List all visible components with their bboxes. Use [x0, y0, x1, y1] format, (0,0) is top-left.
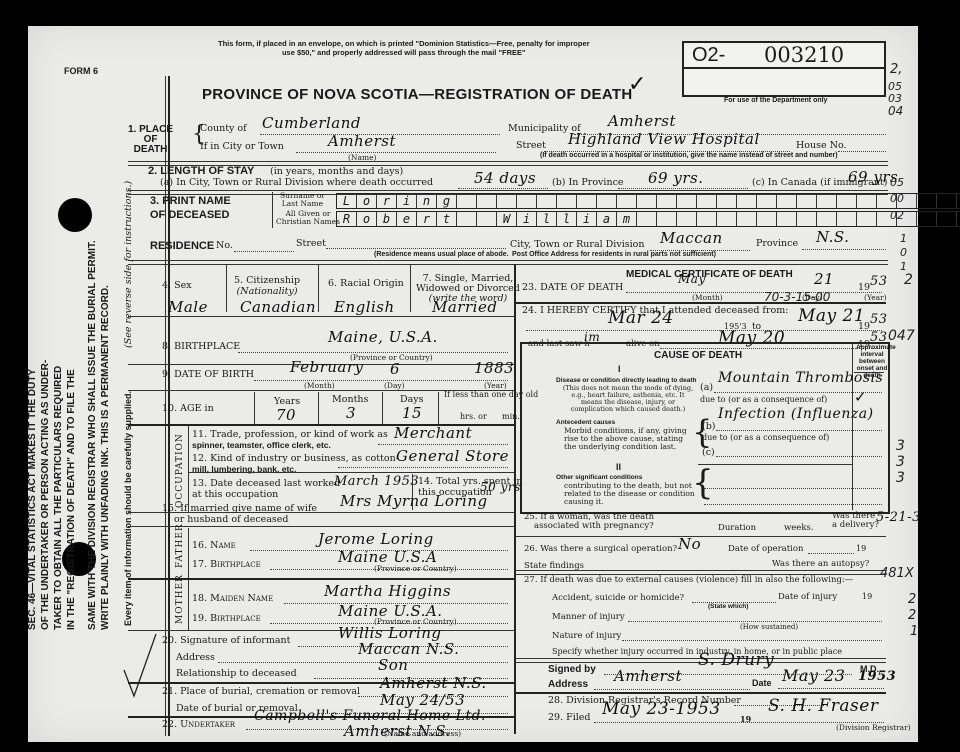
county-label: County of: [200, 123, 247, 134]
name-char-box[interactable]: [457, 212, 477, 226]
name-char-box[interactable]: [537, 194, 557, 208]
name-char-box[interactable]: g: [437, 194, 457, 208]
residence-city-value[interactable]: Maccan: [660, 229, 723, 247]
name-char-box[interactable]: t: [437, 212, 457, 226]
label-line: 13. Date deceased last worked: [192, 478, 340, 489]
operation-year-prefix: 19: [856, 544, 866, 553]
side-notice-line: (See reverse side for instructions.): [122, 148, 135, 348]
name-char-box[interactable]: [837, 194, 857, 208]
dob-line: [254, 380, 508, 381]
industry-line: [338, 467, 508, 468]
margin-code: 2,: [890, 62, 902, 77]
signed-by-value[interactable]: S. Drury: [698, 650, 774, 670]
delivery-value[interactable]: 5-21-3: [876, 510, 921, 525]
label-line: 11. Trade, profession, or kind of work a…: [192, 429, 388, 440]
stay-province-line: [618, 188, 748, 189]
name-char-box[interactable]: [677, 194, 697, 208]
stay-city-line: [458, 188, 548, 189]
cause-c-label: (c): [702, 447, 715, 458]
name-char-box[interactable]: [777, 212, 797, 226]
name-char-box[interactable]: [637, 194, 657, 208]
autopsy-label: Was there an autopsy?: [772, 559, 869, 569]
external-label: 27. If death was due to external causes …: [524, 575, 853, 585]
length-of-stay-label: 2. LENGTH OF STAY: [148, 165, 254, 177]
dod-year-prefix: 19: [858, 282, 870, 293]
stay-city-value[interactable]: 54 days: [474, 169, 536, 187]
operation-label: 26. Was there a surgical operation?: [524, 544, 677, 554]
name-char-box[interactable]: [797, 194, 817, 208]
name-char-box[interactable]: r: [417, 212, 437, 226]
name-char-box[interactable]: l: [557, 212, 577, 226]
mother-name-value[interactable]: Martha Higgins: [324, 582, 451, 600]
margin-code: 481X: [880, 566, 914, 581]
cause-a-value[interactable]: Mountain Thrombosis: [718, 370, 883, 386]
cause-b-label: (b): [702, 421, 716, 432]
last-worked-value[interactable]: March 1953: [334, 474, 419, 489]
delivery-label: Was there a delivery?: [832, 512, 879, 530]
margin-code: 70-3-15-00: [764, 290, 830, 304]
name-char-box[interactable]: L: [337, 194, 357, 208]
name-char-box[interactable]: [757, 194, 777, 208]
divider: [188, 472, 514, 473]
cause-a-label: (a): [700, 382, 713, 393]
name-char-box[interactable]: [917, 212, 937, 226]
dod-day[interactable]: 21: [814, 270, 834, 288]
label-line: 12. Kind of industry or business, as cot…: [192, 453, 399, 464]
side-notice-line: WRITE PLAINLY WITH UNFADING INK. THIS IS…: [99, 150, 112, 630]
other-conditions-label: Other significant conditions: [556, 474, 642, 481]
side-notice-line: SEC. 46—VITAL STATISTICS ACT MAKES IT TH…: [26, 210, 39, 630]
dod-month[interactable]: May: [678, 272, 706, 286]
margin-code: 05: [890, 176, 904, 189]
divider: [438, 392, 439, 424]
undertaker-address[interactable]: Amherst N.S.: [344, 722, 451, 740]
mailing-notice: This form, if placed in an envelope, on …: [218, 39, 590, 57]
day-caption: (Day): [384, 381, 405, 390]
nature-label: Nature of injury: [552, 631, 621, 641]
residence-label: RESIDENCE: [150, 240, 214, 252]
name-char-box[interactable]: i: [577, 212, 597, 226]
name-char-box[interactable]: [817, 194, 837, 208]
label-line: 15. If married give name of wife: [162, 503, 317, 514]
divider: [188, 528, 189, 578]
nature-line: [622, 640, 882, 641]
margin-code: 3: [896, 454, 905, 470]
brace: {: [692, 466, 714, 500]
cause-b-line: [716, 430, 882, 431]
immediate-label: Disease or condition directly leading to…: [556, 377, 697, 384]
name-char-box[interactable]: i: [517, 212, 537, 226]
name-char-box[interactable]: [597, 194, 617, 208]
residence-street-label: Street: [296, 238, 326, 249]
residence-city-label: City, Town or Rural Division: [510, 239, 644, 250]
spouse-value[interactable]: Mrs Myrna Loring: [340, 492, 488, 510]
registrar-caption: (Division Registrar): [836, 723, 911, 732]
other-line: [704, 504, 882, 505]
margin-code: 04: [888, 104, 903, 118]
divider: [188, 426, 189, 512]
dob-month[interactable]: February: [290, 358, 364, 376]
signed-date-line: [778, 688, 884, 689]
divider: [188, 580, 189, 630]
age-months[interactable]: 3: [346, 404, 356, 422]
given-boxes[interactable]: RobertWilliam: [336, 211, 960, 227]
side-notice-4: (See reverse side for instructions.): [122, 148, 135, 348]
name-char-box[interactable]: R: [337, 212, 357, 226]
name-char-box[interactable]: W: [497, 212, 517, 226]
name-char-box[interactable]: [797, 212, 817, 226]
divider: [514, 692, 886, 694]
margin-code: 00: [890, 192, 904, 205]
mailing-notice-line: use $50," and properly addressed will pa…: [218, 48, 590, 57]
mother-birthplace-label: 19. Birthplace: [192, 613, 261, 624]
mother-section-label: MOTHER: [174, 574, 187, 624]
divider: [226, 264, 227, 312]
sex-value[interactable]: Male: [168, 298, 208, 316]
burial-date-value[interactable]: May 24/53: [380, 691, 465, 709]
label-line: Last Name: [280, 200, 325, 208]
signed-date-label: Date: [752, 678, 772, 688]
signed-date-year[interactable]: 1953: [858, 669, 896, 684]
city-line: [296, 152, 496, 153]
death-registration-form: SEC. 46—VITAL STATISTICS ACT MAKES IT TH…: [28, 26, 918, 742]
dod-label: 23. DATE OF DEATH: [522, 282, 623, 293]
racial-origin-label: 6. Racial Origin: [328, 278, 404, 289]
name-char-box[interactable]: o: [357, 194, 377, 208]
manner-line: [628, 621, 882, 622]
label-line: 3. PRINT NAME: [150, 194, 231, 208]
name-char-box[interactable]: [937, 194, 957, 208]
name-char-box[interactable]: b: [377, 212, 397, 226]
name-char-box[interactable]: [757, 212, 777, 226]
municipality-value[interactable]: Amherst: [608, 112, 676, 130]
name-char-box[interactable]: [457, 194, 477, 208]
father-section-label: FATHER: [174, 523, 187, 568]
label-line: (Nationality): [234, 286, 300, 297]
margin-code: 1: [900, 232, 907, 245]
dob-label: 9. DATE OF BIRTH: [162, 369, 254, 380]
other-line: [704, 488, 882, 489]
residence-province-value[interactable]: N.S.: [816, 228, 849, 246]
father-name-value[interactable]: Jerome Loring: [318, 530, 434, 548]
margin-code: 3: [896, 438, 905, 454]
industry-value[interactable]: General Store: [396, 447, 509, 465]
check-mark: ✓: [854, 388, 867, 406]
side-notice: SEC. 46—VITAL STATISTICS ACT MAKES IT TH…: [26, 210, 78, 630]
filed-suffix: 19: [740, 714, 751, 724]
divider: [382, 392, 383, 424]
side-notice-line: SAME WITH THE DIVISION REGISTRAR WHO SHA…: [86, 150, 99, 630]
to-year-prefix: 19: [858, 321, 870, 332]
signed-address-line: [594, 689, 750, 690]
label-line: spinner, teamster, office clerk, etc.: [192, 440, 388, 451]
residence-post-note: Post Office Address for residents in rur…: [512, 251, 716, 258]
informant-address-value[interactable]: Maccan N.S.: [358, 640, 459, 658]
department-number-box: O2- 003210: [682, 41, 886, 97]
section-ii: II: [616, 462, 621, 472]
informant-address-line: [218, 662, 508, 663]
name-char-box[interactable]: [777, 194, 797, 208]
filed-value[interactable]: May 23-1953: [602, 699, 721, 719]
residence-province-label: Province: [756, 238, 798, 249]
operation-date-line: [808, 553, 854, 554]
marital-value[interactable]: Married: [432, 298, 497, 316]
label-line: 5. Citizenship: [234, 275, 300, 286]
relationship-value[interactable]: Son: [378, 656, 408, 674]
cause-title: CAUSE OF DEATH: [654, 350, 742, 361]
name-char-box[interactable]: [937, 212, 957, 226]
deceased-name-label: 3. PRINT NAME OF DECEASED: [150, 194, 231, 222]
registrar-signature[interactable]: S. H. Fraser: [768, 696, 878, 716]
trade-label: 11. Trade, profession, or kind of work a…: [192, 429, 388, 451]
divider: [128, 316, 514, 317]
to-year[interactable]: 53: [870, 312, 888, 327]
name-char-box[interactable]: [737, 212, 757, 226]
surname-boxes[interactable]: Loring: [336, 193, 960, 209]
hrs-label: hrs. or: [460, 412, 487, 421]
date-injury-label: Date of injury: [778, 592, 837, 602]
street-label: Street: [516, 140, 546, 151]
name-char-box[interactable]: r: [377, 194, 397, 208]
specify-label: Specify whether injury occurred in indus…: [552, 647, 842, 656]
relationship-label: Relationship to deceased: [176, 668, 297, 679]
street-value[interactable]: Highland View Hospital: [568, 130, 760, 148]
side-notice-line: TAKER TO OBTAIN ALL THE PARTICULARS REQU…: [52, 210, 65, 630]
name-char-box[interactable]: [917, 194, 937, 208]
last-worked-label: 13. Date deceased last worked at this oc…: [192, 478, 340, 500]
label-line: Christian Names: [276, 218, 340, 226]
label-line: OF DECEASED: [150, 208, 231, 222]
operation-value[interactable]: No: [678, 535, 701, 553]
name-char-box[interactable]: [697, 212, 717, 226]
trade-line: [378, 444, 508, 445]
stay-province-label: (b) In Province: [552, 177, 624, 188]
margin-code: 2: [908, 608, 916, 623]
residence-note: (Residence means usual place of abode.: [374, 251, 509, 258]
hospital-note: (If death occurred in a hospital or inst…: [540, 152, 838, 159]
age-days[interactable]: 15: [402, 404, 422, 422]
section-i: I: [618, 364, 621, 374]
birthplace-label: 8. BIRTHPLACE: [162, 341, 240, 352]
place-of-death-label: 1. PLACE OF DEATH: [128, 125, 173, 155]
name-char-box[interactable]: [717, 212, 737, 226]
min-label: min.: [502, 412, 520, 421]
residence-province-line: [802, 249, 886, 250]
side-notice-3: Every item of information should be care…: [122, 366, 135, 626]
undertaker-label: 22. Undertaker: [162, 719, 235, 730]
department-note: For use of the Department only: [724, 97, 827, 104]
residence-no-line: [234, 251, 294, 252]
year-caption: (Year): [484, 381, 507, 390]
divider: [128, 260, 888, 265]
name-char-box[interactable]: [817, 212, 837, 226]
dob-year[interactable]: 1883: [474, 359, 514, 377]
father-name-label: 16. Name: [192, 540, 236, 551]
antecedent-label: Antecedent causes: [556, 419, 615, 426]
stay-city-label: (a) In City, Town or Rural Division wher…: [160, 177, 433, 188]
interval-divider: [852, 344, 853, 510]
name-char-box[interactable]: [737, 194, 757, 208]
duration-label: Duration: [718, 523, 756, 533]
medical-title: MEDICAL CERTIFICATE OF DEATH: [626, 269, 793, 280]
house-label: House No.: [796, 140, 847, 151]
pregnancy-label: 25. If a woman, was the death associated…: [524, 513, 654, 531]
other-conditions-note: contributing to the death, but not relat…: [564, 482, 696, 506]
margin-code: 2: [904, 272, 913, 288]
weeks-label: weeks.: [784, 523, 814, 533]
name-char-box[interactable]: e: [397, 212, 417, 226]
how-sustained-caption: (How sustained): [740, 623, 798, 631]
check-mark: ✓: [628, 72, 647, 97]
name-char-box[interactable]: o: [357, 212, 377, 226]
accident-label: Accident, suicide or homicide?: [552, 593, 684, 603]
divider: [128, 630, 514, 631]
margin-code: 0: [900, 246, 907, 259]
birthplace-value[interactable]: Maine, U.S.A.: [328, 328, 438, 346]
name-char-box[interactable]: [657, 212, 677, 226]
side-notice-2: SAME WITH THE DIVISION REGISTRAR WHO SHA…: [86, 150, 112, 630]
name-char-box[interactable]: m: [617, 212, 637, 226]
name-char-box[interactable]: [617, 194, 637, 208]
city-label: If in City or Town: [200, 141, 284, 152]
name-char-box[interactable]: [857, 194, 877, 208]
city-value[interactable]: Amherst: [328, 132, 396, 150]
divider: [698, 464, 852, 465]
state-which-caption: (State which): [708, 603, 748, 610]
filed-label: 29. Filed: [548, 712, 591, 723]
due-to-label: due to (or as a consequence of): [700, 395, 827, 404]
month-caption: (Month): [692, 293, 723, 302]
immediate-note: (This does not mean the mode of dying, e…: [560, 385, 696, 413]
label-line: associated with pregnancy?: [524, 522, 654, 531]
dod-year[interactable]: 53: [870, 274, 888, 289]
antecedent-note: Morbid conditions, if any, giving rise t…: [564, 427, 694, 451]
label-line: DEATH: [128, 145, 173, 155]
margin-check-mark: [120, 630, 160, 700]
cause-b-value[interactable]: Infection (Influenza): [718, 406, 874, 422]
divider: [318, 392, 319, 424]
label-line: a delivery?: [832, 521, 879, 530]
name-char-box[interactable]: [857, 212, 877, 226]
name-char-box[interactable]: a: [597, 212, 617, 226]
divider: [410, 264, 411, 312]
name-char-box[interactable]: l: [537, 212, 557, 226]
year-caption: (Year): [864, 293, 887, 302]
month-caption: (Month): [304, 381, 335, 390]
margin-code: 2: [908, 592, 916, 607]
side-notice-line: OF THE UNDERTAKER OR PERSON ACTING AS UN…: [39, 210, 52, 630]
name-char-box[interactable]: [717, 194, 737, 208]
given-label: All Given or Christian Names: [276, 210, 340, 226]
informant-label: 20. Signature of informant: [162, 635, 290, 646]
label-line: at this occupation: [192, 489, 340, 500]
name-char-box[interactable]: i: [397, 194, 417, 208]
signed-date-value[interactable]: May 23: [782, 666, 845, 685]
margin-code: 047: [888, 328, 915, 344]
name-char-box[interactable]: [837, 212, 857, 226]
registration-number: 003210: [764, 43, 844, 67]
attended-from[interactable]: Mar 24: [608, 308, 674, 328]
length-of-stay-sub: (in years, months and days): [270, 166, 403, 177]
margin-code: 3: [896, 470, 905, 486]
attended-to[interactable]: May 21: [798, 306, 865, 326]
margin-code: 1: [910, 624, 918, 639]
name-char-box[interactable]: [477, 194, 497, 208]
certify-line: [526, 330, 882, 331]
due-to-label: due to (or as a consequence of): [702, 433, 829, 442]
form-number: FORM 6: [64, 66, 98, 76]
dod-line: [626, 292, 882, 293]
registration-prefix: O2-: [692, 44, 725, 67]
residence-no-label: No.: [216, 240, 233, 251]
burial-place-value[interactable]: Amherst N.S.: [380, 674, 487, 692]
margin-code: 02: [890, 209, 904, 222]
age-label: 10. AGE in: [162, 403, 214, 414]
father-birthplace-label: 17. Birthplace: [192, 559, 261, 570]
side-notice-line: IN THE "REGISTRATION OF DEATH" AND TO FI…: [65, 210, 78, 630]
burial-place-label: 21. Place of burial, cremation or remova…: [162, 686, 360, 697]
cause-c-line: [716, 456, 882, 457]
name-char-box[interactable]: [517, 194, 537, 208]
sex-label: 4. Sex: [162, 280, 192, 291]
trade-value[interactable]: Merchant: [394, 424, 472, 442]
name-char-box[interactable]: [637, 212, 657, 226]
divider: [318, 264, 319, 312]
name-char-box[interactable]: n: [417, 194, 437, 208]
residence-street-line: [326, 248, 506, 249]
injury-year-prefix: 19: [862, 592, 872, 601]
divider: [272, 192, 273, 228]
name-char-box[interactable]: [697, 194, 717, 208]
mother-name-label: 18. Maiden Name: [192, 593, 273, 604]
county-value[interactable]: Cumberland: [262, 114, 361, 132]
citizenship-value[interactable]: Canadian: [240, 298, 316, 316]
dob-day[interactable]: 6: [390, 360, 400, 378]
signed-by-label: Signed by: [548, 664, 596, 675]
operation-date-label: Date of operation: [728, 544, 803, 554]
province-caption: (Province or Country): [374, 564, 457, 573]
surname-label: Surname or Last Name: [280, 192, 325, 208]
signed-address-label: Address: [548, 679, 588, 690]
citizenship-label: 5. Citizenship (Nationality): [234, 275, 300, 297]
manner-label: Manner of injury: [552, 612, 625, 622]
form-title: PROVINCE OF NOVA SCOTIA—REGISTRATION OF …: [202, 86, 632, 103]
stay-province-value[interactable]: 69 yrs.: [648, 169, 703, 187]
informant-address-label: Address: [176, 652, 215, 663]
name-char-box[interactable]: [577, 194, 597, 208]
name-char-box[interactable]: [677, 212, 697, 226]
occupation-section-label: OCCUPATION: [174, 433, 187, 508]
house-line: [838, 151, 886, 152]
mailing-notice-line: This form, if placed in an envelope, on …: [218, 39, 590, 48]
spouse-label: 15. If married give name of wife or husb…: [162, 503, 317, 525]
racial-origin-value[interactable]: English: [334, 298, 395, 316]
center-divider: [514, 264, 516, 734]
name-char-box[interactable]: [657, 194, 677, 208]
side-notice-line: Every item of information should be care…: [122, 366, 135, 626]
divider: [254, 392, 255, 424]
name-char-box[interactable]: [477, 212, 497, 226]
name-char-box[interactable]: [557, 194, 577, 208]
signed-address-value[interactable]: Amherst: [614, 667, 682, 685]
age-years[interactable]: 70: [276, 406, 296, 424]
name-char-box[interactable]: [497, 194, 517, 208]
